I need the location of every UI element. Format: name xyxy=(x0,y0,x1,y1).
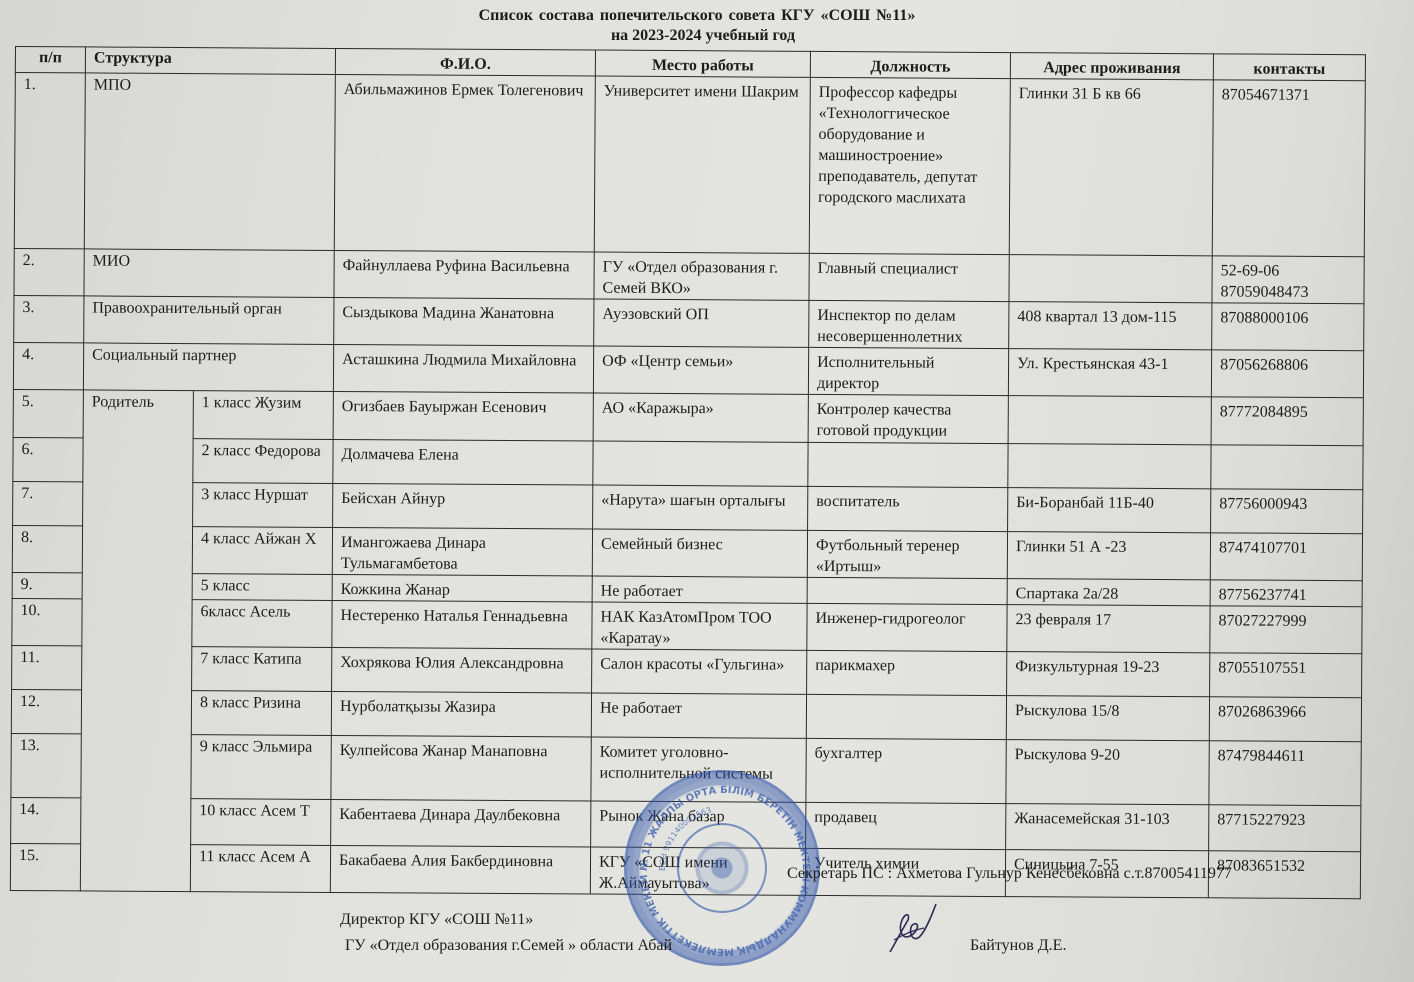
address-cell: Рыскулова 9-20 xyxy=(1006,740,1209,805)
contacts-cell: 87056268806 xyxy=(1211,350,1363,398)
row-number: 2. xyxy=(14,248,84,295)
address-cell: Жанасемейская 31-103 xyxy=(1006,804,1209,851)
workplace-cell: Салон красоты «Гульгина» xyxy=(592,649,807,694)
row-number: 9. xyxy=(12,572,82,598)
table-row: 3.Правоохранительный органСыздыкова Мади… xyxy=(14,295,1364,350)
fio-cell: Кожкина Жанар xyxy=(332,574,592,602)
workplace-cell: Семейный бизнес xyxy=(592,529,807,577)
address-cell: Глинки 51 А -23 xyxy=(1007,532,1210,580)
position-cell: Инженер-гидрогеолог xyxy=(807,603,1007,651)
director-title: Директор КГУ «СОШ №11» xyxy=(340,910,533,930)
structure-cell: Правоохранительный орган xyxy=(84,296,334,345)
contacts-cell: 87088000106 xyxy=(1212,303,1364,351)
fio-cell: Бейсхан Айнур xyxy=(333,483,593,529)
stamp-emblem-icon xyxy=(677,823,767,913)
structure-cell: МПО xyxy=(84,73,335,251)
document-title: Список состава попечительского совета КГ… xyxy=(0,6,1404,25)
council-table: п/п Структура Ф.И.О. Место работы Должно… xyxy=(10,46,1366,899)
contacts-cell: 87715227923 xyxy=(1209,805,1361,852)
structure-cell: МИО xyxy=(84,249,334,298)
row-number: 13. xyxy=(11,733,81,797)
position-cell xyxy=(807,577,1007,604)
position-cell: Инспектор по делам несовершеннолетних xyxy=(809,300,1009,348)
signer-name: Байтунов Д.Е. xyxy=(970,936,1066,956)
contacts-cell xyxy=(1211,445,1363,490)
header-address: Адрес проживания xyxy=(1010,53,1213,80)
contacts-cell: 87756237741 xyxy=(1210,580,1362,607)
row-number: 15. xyxy=(10,843,80,890)
fio-cell: Нурболатқызы Жазира xyxy=(331,691,591,737)
address-cell: Спартака 2а/28 xyxy=(1007,579,1210,606)
row-number: 1. xyxy=(14,73,85,249)
position-cell: бухгалтер xyxy=(806,738,1006,803)
contacts-cell: 87054671371 xyxy=(1212,80,1365,257)
fio-cell: Нестеренко Наталья Геннадьевна xyxy=(332,600,592,649)
workplace-cell: Университет имени Шакрим xyxy=(594,76,810,253)
contacts-cell: 87027227999 xyxy=(1210,606,1362,654)
fio-cell: Бакабаева Алия Бакбердиновна xyxy=(330,845,590,894)
address-cell: 23 февраля 17 xyxy=(1007,605,1210,653)
table-row: 10.6класс АсельНестеренко Наталья Геннад… xyxy=(12,598,1362,653)
signature-icon xyxy=(880,900,940,960)
address-cell xyxy=(1009,255,1212,303)
fio-cell: Кулпейсова Жанар Манаповна xyxy=(331,735,591,801)
position-cell xyxy=(806,694,1006,739)
fio-cell: Кабентаева Динара Даулбековна xyxy=(331,799,591,847)
workplace-cell: Не работает xyxy=(592,576,807,603)
position-cell: парикмахер xyxy=(807,650,1007,695)
address-cell: Би-Боранбай 11Б-40 xyxy=(1008,488,1211,533)
position-cell xyxy=(808,442,1008,487)
contacts-cell: 52-69-06 87059048473 xyxy=(1212,256,1364,304)
structure-cell: Социальный партнер xyxy=(83,343,333,392)
workplace-cell: АО «Каражыра» xyxy=(593,393,808,442)
address-cell xyxy=(1008,396,1211,445)
structure-parent-group: Родитель xyxy=(80,390,193,892)
class-cell: 8 класс Ризина xyxy=(191,691,331,736)
table-row: 4.Социальный партнерАсташкина Людмила Ми… xyxy=(13,342,1363,397)
contacts-cell: 87756000943 xyxy=(1211,489,1363,534)
position-cell: Главный специалист xyxy=(809,253,1009,301)
class-cell: 11 класс Асем А xyxy=(190,845,330,893)
row-number: 6. xyxy=(13,437,83,481)
position-cell: продавец xyxy=(806,802,1006,849)
table-row: 1.МПОАбильмажинов Ермек ТолегеновичУниве… xyxy=(14,73,1365,257)
workplace-cell: ОФ «Центр семьи» xyxy=(593,346,808,394)
document-subtitle: на 2023-2024 учебный год xyxy=(0,26,1410,45)
address-cell: 408 квартал 13 дом-115 xyxy=(1009,302,1212,350)
contacts-cell: 87772084895 xyxy=(1211,397,1363,446)
fio-cell: Асташкина Людмила Михайловна xyxy=(333,344,593,393)
fio-cell: Долмачева Елена xyxy=(333,439,593,485)
director-department: ГУ «Отдел образования г.Семей » области … xyxy=(345,936,672,956)
header-workplace: Место работы xyxy=(595,50,810,77)
workplace-cell xyxy=(593,441,808,486)
position-cell: Исполнительный директор xyxy=(808,347,1008,395)
row-number: 3. xyxy=(14,295,84,342)
address-cell: Ул. Крестьянская 43-1 xyxy=(1008,349,1211,397)
workplace-cell: НАК КазАтомПром ТОО «Каратау» xyxy=(592,602,807,650)
address-cell xyxy=(1008,444,1211,489)
fio-cell: Сыздыкова Мадина Жанатовна xyxy=(334,297,594,346)
class-cell: 3 класс Нуршат xyxy=(193,483,333,528)
header-contacts: контакты xyxy=(1213,54,1365,81)
fio-cell: Имангожаева Динара Тульмагамбетова xyxy=(332,527,592,576)
contacts-cell: 87026863966 xyxy=(1209,697,1361,742)
table-row: 2.МИОФайнуллаева Руфина ВасильевнаГУ «От… xyxy=(14,248,1364,303)
position-cell: Контролер качества готовой продукции xyxy=(808,394,1008,443)
row-number: 4. xyxy=(13,342,83,389)
row-number: 10. xyxy=(12,598,82,645)
row-number: 14. xyxy=(11,797,81,843)
address-cell: Глинки 31 Б кв 66 xyxy=(1009,79,1213,256)
class-cell: 10 класс Асем Т xyxy=(191,799,331,846)
fio-cell: Огизбаев Бауыржан Есенович xyxy=(333,391,593,441)
contacts-cell: 87479844611 xyxy=(1209,741,1361,806)
row-number: 12. xyxy=(11,689,81,733)
header-fio: Ф.И.О. xyxy=(335,48,595,76)
row-number: 7. xyxy=(13,481,83,525)
row-number: 5. xyxy=(13,389,83,437)
header-num: п/п xyxy=(15,47,85,73)
class-cell: 4 класс Айжан Х xyxy=(192,527,332,575)
class-cell: 9 класс Эльмира xyxy=(191,735,331,800)
class-cell: 7 класс Катипа xyxy=(192,647,332,692)
secretary-line: Секретарь ПС : Ахметова Гульнур Кенесбек… xyxy=(787,864,1232,884)
table-row: 8.4 класс Айжан ХИмангожаева Динара Туль… xyxy=(12,525,1362,580)
class-cell: 1 класс Жузим xyxy=(193,391,333,440)
fio-cell: Абильмажинов Ермек Толегенович xyxy=(334,74,595,252)
position-cell: Профессор кафедры «Технологгическое обор… xyxy=(809,77,1010,254)
workplace-cell: Не работает xyxy=(591,693,806,738)
header-structure: Структура xyxy=(85,47,335,75)
contacts-cell: 87055107551 xyxy=(1210,653,1362,698)
fio-cell: Файнуллаева Руфина Васильевна xyxy=(334,250,594,299)
class-cell: 6класс Асель xyxy=(192,600,332,648)
address-cell: Рыскулова 15/8 xyxy=(1006,696,1209,741)
workplace-cell: «Нарута» шағын орталығы xyxy=(593,485,808,530)
row-number: 8. xyxy=(12,525,82,572)
contacts-cell: 87474107701 xyxy=(1210,533,1362,581)
position-cell: воспитатель xyxy=(808,486,1008,531)
workplace-cell: ГУ «Отдел образования г. Семей ВКО» xyxy=(594,252,809,300)
address-cell: Физкультурная 19-23 xyxy=(1007,652,1210,697)
workplace-cell: Ауэзовский ОП xyxy=(594,299,809,347)
fio-cell: Хохрякова Юлия Александровна xyxy=(332,647,592,693)
class-cell: 2 класс Федорова xyxy=(193,439,333,484)
class-cell: 5 класс xyxy=(192,574,332,601)
header-position: Должность xyxy=(810,51,1010,78)
row-number: 11. xyxy=(12,645,82,689)
position-cell: Футбольный теренер «Иртыш» xyxy=(807,530,1007,578)
table-row: 5.Родитель1 класс ЖузимОгизбаев Бауыржан… xyxy=(13,389,1363,445)
